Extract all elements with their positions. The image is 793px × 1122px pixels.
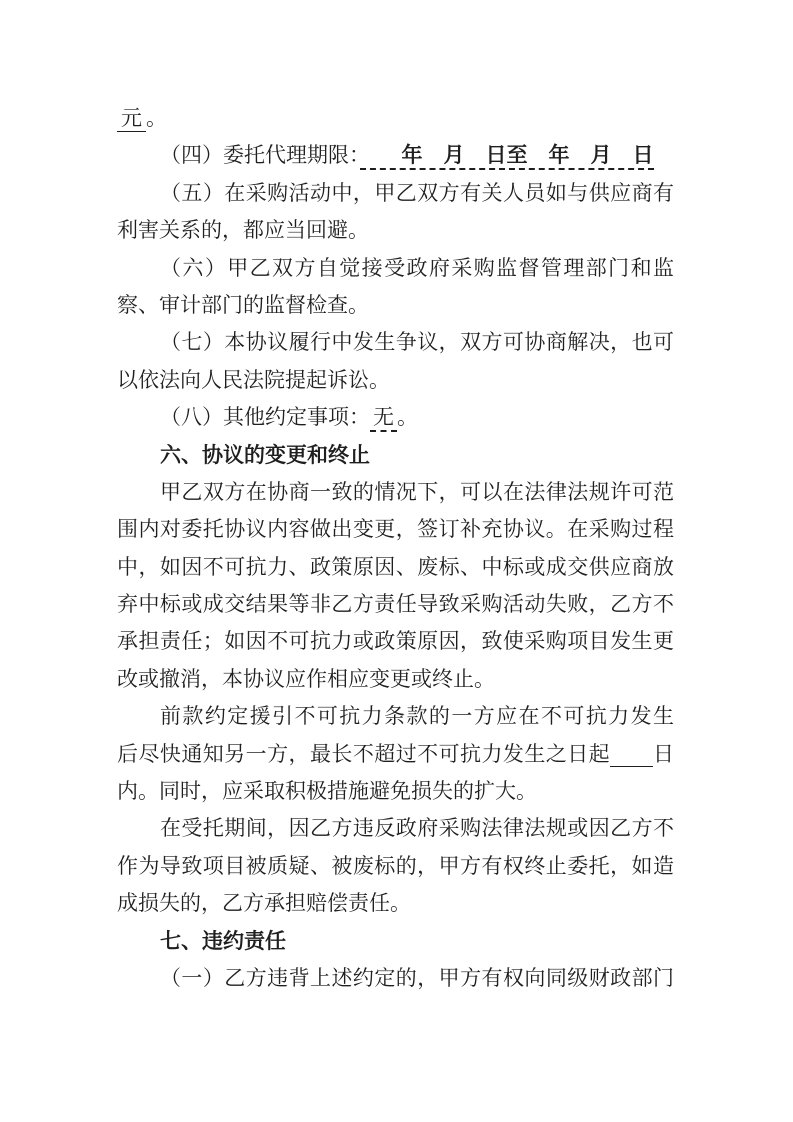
- text-segment: 。: [397, 405, 418, 429]
- text-segment: 日: [653, 742, 674, 766]
- fill-in-blank: [610, 742, 653, 767]
- section-6-para-1-line-1: 甲乙双方在协商一致的情况下，可以在法律法规许可范: [117, 474, 674, 511]
- section-7-clause-1-line-1: （一）乙方违背上述约定的，甲方有权向同级财政部门: [117, 960, 674, 997]
- clause-6-line-1: （六）甲乙双方自觉接受政府采购监督管理部门和监: [117, 250, 674, 287]
- clause-6-line-2: 察、审计部门的监督检查。: [117, 287, 674, 324]
- text-segment: 改或撤消，本协议应作相应变更或终止。: [117, 667, 495, 691]
- section-6-para-3-line-3: 成损失的，乙方承担赔偿责任。: [117, 885, 674, 922]
- text-segment: 内。同时，应采取积极措施避免损失的扩大。: [117, 779, 537, 803]
- text-segment: 察、审计部门的监督检查。: [117, 293, 369, 317]
- clause-4-agency-period: （四）委托代理期限： 年 月 日至 年 月 日: [117, 137, 674, 174]
- text-segment: 作为导致项目被质疑、被废标的，甲方有权终止委托，如造: [117, 854, 674, 878]
- text-segment: 前款约定援引不可抗力条款的一方应在不可抗力发生: [160, 704, 674, 728]
- clause-5-line-1: （五）在采购活动中，甲乙双方有关人员如与供应商有: [117, 175, 674, 212]
- section-6-para-1-line-6: 改或撤消，本协议应作相应变更或终止。: [117, 661, 674, 698]
- text-segment: 以依法向人民法院提起诉讼。: [117, 368, 390, 392]
- section-6-para-2-line-1: 前款约定援引不可抗力条款的一方应在不可抗力发生: [117, 698, 674, 735]
- contract-page: 元。（四）委托代理期限： 年 月 日至 年 月 日（五）在采购活动中，甲乙双方有…: [0, 0, 793, 1122]
- text-segment: 承担责任；如因不可抗力或政策原因，致使采购项目发生更: [117, 629, 674, 653]
- amount-line-end: 元。: [117, 100, 674, 137]
- section-6-heading: 六、协议的变更和终止: [117, 437, 674, 474]
- document-body: 元。（四）委托代理期限： 年 月 日至 年 月 日（五）在采购活动中，甲乙双方有…: [117, 100, 674, 997]
- section-6-para-1-line-4: 弃中标或成交结果等非乙方责任导致采购活动失败，乙方不: [117, 586, 674, 623]
- text-segment: （六）甲乙双方自觉接受政府采购监督管理部门和监: [160, 256, 674, 280]
- section-6-para-2-line-3: 内。同时，应采取积极措施避免损失的扩大。: [117, 773, 674, 810]
- text-segment: 中，如因不可抗力、政策原因、废标、中标或成交供应商放: [117, 555, 674, 579]
- fill-in-blank: 无: [370, 405, 397, 432]
- fill-in-blank: 年 月 日至 年 月 日: [360, 143, 654, 170]
- section-6-para-3-line-1: 在受托期间，因乙方违反政府采购法律法规或因乙方不: [117, 810, 674, 847]
- section-7-heading: 七、违约责任: [117, 923, 674, 960]
- text-segment: 甲乙双方在协商一致的情况下，可以在法律法规许可范: [160, 480, 674, 504]
- text-segment: （五）在采购活动中，甲乙双方有关人员如与供应商有: [160, 181, 674, 205]
- text-segment: 后尽快通知另一方，最长不超过不可抗力发生之日起: [117, 742, 610, 766]
- text-segment: 在受托期间，因乙方违反政府采购法律法规或因乙方不: [160, 816, 674, 840]
- section-6-para-3-line-2: 作为导致项目被质疑、被废标的，甲方有权终止委托，如造: [117, 848, 674, 885]
- text-segment: 。: [146, 106, 167, 130]
- text-segment: 围内对委托协议内容做出变更，签订补充协议。在采购过程: [117, 517, 674, 541]
- text-segment: 六、协议的变更和终止: [160, 443, 370, 467]
- text-segment: （一）乙方违背上述约定的，甲方有权向同级财政部门: [160, 966, 674, 990]
- text-segment: 成损失的，乙方承担赔偿责任。: [117, 891, 411, 915]
- clause-8-other-matters: （八）其他约定事项：无。: [117, 399, 674, 436]
- text-segment: （四）委托代理期限：: [160, 143, 360, 167]
- fill-in-blank: 元: [117, 106, 146, 132]
- section-6-para-1-line-5: 承担责任；如因不可抗力或政策原因，致使采购项目发生更: [117, 623, 674, 660]
- clause-7-line-1: （七）本协议履行中发生争议，双方可协商解决，也可: [117, 324, 674, 361]
- clause-7-line-2: 以依法向人民法院提起诉讼。: [117, 362, 674, 399]
- text-segment: 七、违约责任: [160, 929, 286, 953]
- text-segment: （八）其他约定事项：: [160, 405, 370, 429]
- section-6-para-1-line-2: 围内对委托协议内容做出变更，签订补充协议。在采购过程: [117, 511, 674, 548]
- text-segment: 弃中标或成交结果等非乙方责任导致采购活动失败，乙方不: [117, 592, 674, 616]
- text-segment: （七）本协议履行中发生争议，双方可协商解决，也可: [160, 330, 674, 354]
- section-6-para-2-line-2: 后尽快通知另一方，最长不超过不可抗力发生之日起 日: [117, 736, 674, 773]
- section-6-para-1-line-3: 中，如因不可抗力、政策原因、废标、中标或成交供应商放: [117, 549, 674, 586]
- text-segment: 利害关系的，都应当回避。: [117, 218, 369, 242]
- clause-5-line-2: 利害关系的，都应当回避。: [117, 212, 674, 249]
